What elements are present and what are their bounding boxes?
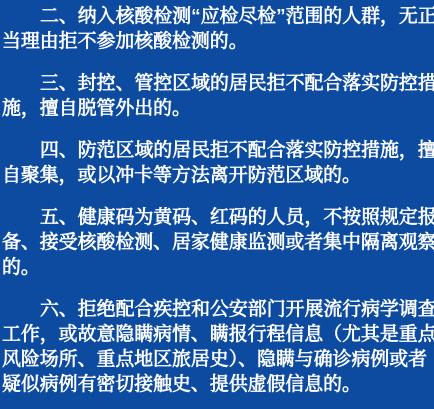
text-line: 二、纳入核酸检测“应检尽检”范围的人群，无正 (2, 4, 432, 29)
text-line: 当理由拒不参加核酸检测的。 (2, 29, 432, 54)
text-line: 自聚集，或以冲卡等方法离开防范区域的。 (2, 163, 432, 188)
text-line: 备、接受核酸检测、居家健康监测或者集中隔离观察 (2, 230, 432, 255)
notice-paragraph-4: 四、防范区域的居民拒不配合落实防控措施，擅自聚集，或以冲卡等方法离开防范区域的。 (2, 138, 432, 188)
text-line: 三、封控、管控区域的居民拒不配合落实防控措 (2, 71, 432, 96)
notice-paragraph-3: 三、封控、管控区域的居民拒不配合落实防控措施，擅自脱管外出的。 (2, 71, 432, 121)
text-line: 工作，或故意隐瞒病情、瞒报行程信息（尤其是重点 (2, 322, 432, 347)
text-line: 疑似病例有密切接触史、提供虚假信息的。 (2, 372, 432, 397)
notice-paragraph-2: 二、纳入核酸检测“应检尽检”范围的人群，无正当理由拒不参加核酸检测的。 (2, 4, 432, 54)
text-line: 施，擅自脱管外出的。 (2, 96, 432, 121)
text-line: 的。 (2, 255, 432, 280)
paragraph-list: 二、纳入核酸检测“应检尽检”范围的人群，无正当理由拒不参加核酸检测的。三、封控、… (2, 4, 432, 397)
notice-paragraph-6: 六、拒绝配合疾控和公安部门开展流行病学调查工作，或故意隐瞒病情、瞒报行程信息（尤… (2, 297, 432, 397)
text-line: 五、健康码为黄码、红码的人员，不按照规定报 (2, 205, 432, 230)
text-line: 四、防范区域的居民拒不配合落实防控措施，擅 (2, 138, 432, 163)
text-line: 风险场所、重点地区旅居史）、隐瞒与确诊病例或者 (2, 347, 432, 372)
notice-paragraph-5: 五、健康码为黄码、红码的人员，不按照规定报备、接受核酸检测、居家健康监测或者集中… (2, 205, 432, 280)
text-line: 六、拒绝配合疾控和公安部门开展流行病学调查 (2, 297, 432, 322)
covid-rules-notice: 二、纳入核酸检测“应检尽检”范围的人群，无正当理由拒不参加核酸检测的。三、封控、… (0, 0, 434, 409)
